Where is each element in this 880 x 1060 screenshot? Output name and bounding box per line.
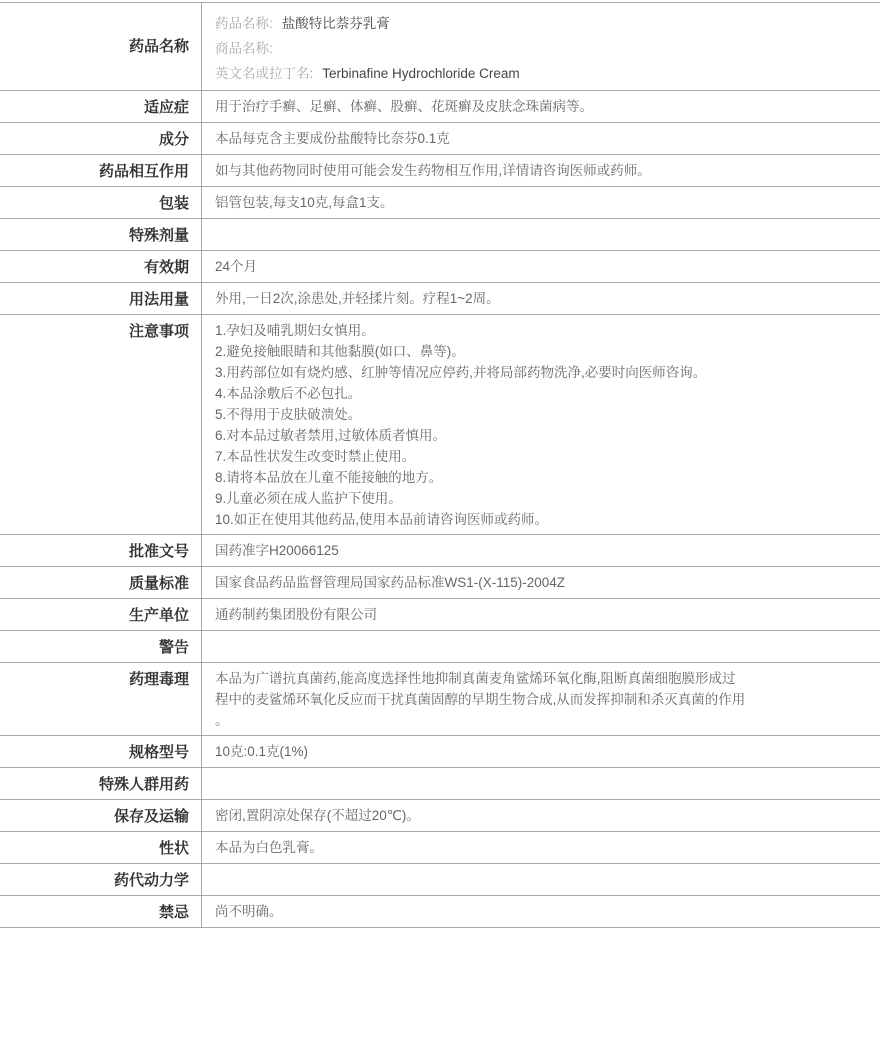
table-row: 药理毒理 本品为广谱抗真菌药,能高度选择性地抑制真菌麦角鲨烯环氧化酶,阻断真菌细… [0,663,880,736]
row-label: 用法用量 [0,283,202,314]
value-line: 4.本品涂敷后不必包扎。 [215,383,870,404]
row-label: 特殊人群用药 [0,768,202,799]
row-label: 保存及运输 [0,800,202,831]
row-value: 密闭,置阴凉处保存(不超过20℃)。 [202,800,880,831]
value-line: 10.如正在使用其他药品,使用本品前请咨询医师或药师。 [215,509,870,530]
value-line: 7.本品性状发生改变时禁止使用。 [215,446,870,467]
value-line: 8.请将本品放在儿童不能接触的地方。 [215,467,870,488]
row-value [202,864,880,895]
field-value: 盐酸特比萘芬乳膏 [282,16,390,31]
value-line: 用于治疗手癣、足癣、体癣、股癣、花斑癣及皮肤念珠菌病等。 [215,96,870,117]
value-line: 如与其他药物同时使用可能会发生药物相互作用,详情请咨询医师或药师。 [215,160,870,181]
row-label: 性状 [0,832,202,863]
table-row: 生产单位 通药制药集团股份有限公司 [0,599,880,631]
row-value: 本品为广谱抗真菌药,能高度选择性地抑制真菌麦角鲨烯环氧化酶,阻断真菌细胞膜形成过… [202,663,880,735]
value-line: 本品为白色乳膏。 [215,837,870,858]
row-label: 警告 [0,631,202,662]
value-line: 外用,一日2次,涂患处,并轻揉片刻。疗程1~2周。 [215,288,870,309]
field-generic-name: 药品名称:盐酸特比萘芬乳膏 [215,11,870,36]
table-row: 药代动力学 [0,864,880,896]
row-label: 规格型号 [0,736,202,767]
value-line: 程中的麦鲨烯环氧化反应而干扰真菌固醇的早期生物合成,从而发挥抑制和杀灭真菌的作用 [215,689,870,710]
value-line: 3.用药部位如有烧灼感、红肿等情况应停药,并将局部药物洗净,必要时向医师咨询。 [215,362,870,383]
value-line: 尚不明确。 [215,901,870,922]
drug-info-page: 药品名称 药品名称:盐酸特比萘芬乳膏 商品名称: 英文名或拉丁名:Terbina… [0,0,880,1060]
row-label: 特殊剂量 [0,219,202,250]
row-value: 用于治疗手癣、足癣、体癣、股癣、花斑癣及皮肤念珠菌病等。 [202,91,880,122]
table-row: 规格型号 10克:0.1克(1%) [0,736,880,768]
row-label: 质量标准 [0,567,202,598]
row-value: 如与其他药物同时使用可能会发生药物相互作用,详情请咨询医师或药师。 [202,155,880,186]
field-value: Terbinafine Hydrochloride Cream [322,66,519,81]
table-row: 禁忌 尚不明确。 [0,896,880,928]
value-line: 密闭,置阴凉处保存(不超过20℃)。 [215,805,870,826]
value-line: 本品为广谱抗真菌药,能高度选择性地抑制真菌麦角鲨烯环氧化酶,阻断真菌细胞膜形成过 [215,668,870,689]
table-row-drug-name: 药品名称 药品名称:盐酸特比萘芬乳膏 商品名称: 英文名或拉丁名:Terbina… [0,3,880,91]
table-row: 药品相互作用 如与其他药物同时使用可能会发生药物相互作用,详情请咨询医师或药师。 [0,155,880,187]
row-label: 药代动力学 [0,864,202,895]
row-label: 成分 [0,123,202,154]
field-english-name: 英文名或拉丁名:Terbinafine Hydrochloride Cream [215,61,870,86]
row-value: 外用,一日2次,涂患处,并轻揉片刻。疗程1~2周。 [202,283,880,314]
row-label: 包装 [0,187,202,218]
row-label-drug-name: 药品名称 [0,3,202,90]
row-label: 注意事项 [0,315,202,534]
row-value [202,631,880,662]
row-value: 1.孕妇及哺乳期妇女慎用。2.避免接触眼睛和其他黏膜(如口、鼻等)。3.用药部位… [202,315,880,534]
field-key: 商品名称: [215,41,273,56]
row-value: 尚不明确。 [202,896,880,927]
row-value: 铝管包装,每支10克,每盒1支。 [202,187,880,218]
row-value: 通药制药集团股份有限公司 [202,599,880,630]
value-line: 9.儿童必须在成人监护下使用。 [215,488,870,509]
value-line: 铝管包装,每支10克,每盒1支。 [215,192,870,213]
row-value: 国药准字H20066125 [202,535,880,566]
row-label: 药品相互作用 [0,155,202,186]
row-value [202,768,880,799]
value-line: 。 [215,710,870,731]
table-row: 性状 本品为白色乳膏。 [0,832,880,864]
row-value: 24个月 [202,251,880,282]
row-label: 有效期 [0,251,202,282]
field-key: 药品名称: [215,16,273,31]
row-value: 国家食品药品监督管理局国家药品标准WS1-(X-115)-2004Z [202,567,880,598]
value-line: 10克:0.1克(1%) [215,741,870,762]
row-value [202,219,880,250]
field-key: 英文名或拉丁名: [215,66,313,81]
table-row: 适应症 用于治疗手癣、足癣、体癣、股癣、花斑癣及皮肤念珠菌病等。 [0,91,880,123]
value-line: 通药制药集团股份有限公司 [215,604,870,625]
table-row: 警告 [0,631,880,663]
value-line: 24个月 [215,256,870,277]
table-row: 质量标准 国家食品药品监督管理局国家药品标准WS1-(X-115)-2004Z [0,567,880,599]
table-row: 保存及运输 密闭,置阴凉处保存(不超过20℃)。 [0,800,880,832]
row-label: 药理毒理 [0,663,202,735]
table-row: 用法用量 外用,一日2次,涂患处,并轻揉片刻。疗程1~2周。 [0,283,880,315]
table-row: 特殊人群用药 [0,768,880,800]
row-label: 适应症 [0,91,202,122]
value-line: 5.不得用于皮肤破溃处。 [215,404,870,425]
value-line: 本品每克含主要成份盐酸特比奈芬0.1克 [215,128,870,149]
field-trade-name: 商品名称: [215,36,870,61]
row-label: 批准文号 [0,535,202,566]
drug-info-table: 药品名称 药品名称:盐酸特比萘芬乳膏 商品名称: 英文名或拉丁名:Terbina… [0,2,880,928]
table-row: 特殊剂量 [0,219,880,251]
table-row: 注意事项 1.孕妇及哺乳期妇女慎用。2.避免接触眼睛和其他黏膜(如口、鼻等)。3… [0,315,880,535]
table-row: 成分 本品每克含主要成份盐酸特比奈芬0.1克 [0,123,880,155]
table-row: 批准文号 国药准字H20066125 [0,535,880,567]
table-row: 包装 铝管包装,每支10克,每盒1支。 [0,187,880,219]
value-line: 6.对本品过敏者禁用,过敏体质者慎用。 [215,425,870,446]
row-value: 10克:0.1克(1%) [202,736,880,767]
row-label: 禁忌 [0,896,202,927]
row-label: 生产单位 [0,599,202,630]
value-line: 国家食品药品监督管理局国家药品标准WS1-(X-115)-2004Z [215,572,870,593]
row-value-drug-name: 药品名称:盐酸特比萘芬乳膏 商品名称: 英文名或拉丁名:Terbinafine … [202,3,880,90]
value-line: 1.孕妇及哺乳期妇女慎用。 [215,320,870,341]
value-line: 国药准字H20066125 [215,540,870,561]
row-value: 本品每克含主要成份盐酸特比奈芬0.1克 [202,123,880,154]
table-row: 有效期 24个月 [0,251,880,283]
value-line: 2.避免接触眼睛和其他黏膜(如口、鼻等)。 [215,341,870,362]
row-value: 本品为白色乳膏。 [202,832,880,863]
